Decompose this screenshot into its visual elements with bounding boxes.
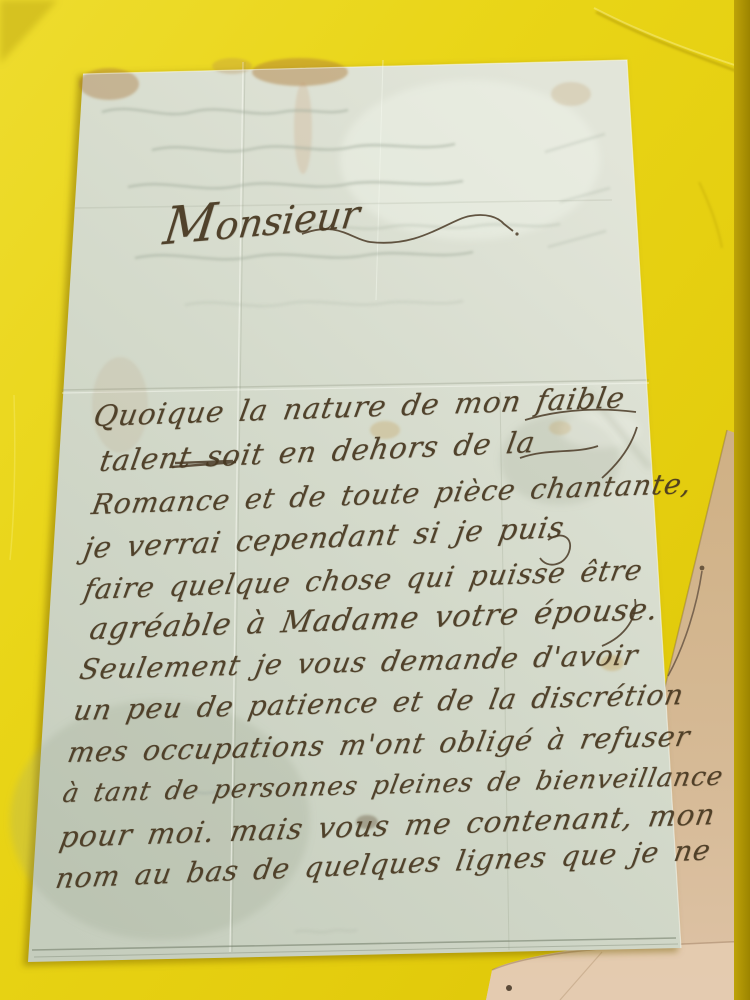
- pen-dot-on-beige: [700, 566, 705, 571]
- ink-dot-bottom: [506, 985, 512, 991]
- dark-edge-strip: [734, 0, 750, 1000]
- photo-of-handwritten-letter: Monsieur Quoique la nature de mon faible…: [0, 0, 750, 1000]
